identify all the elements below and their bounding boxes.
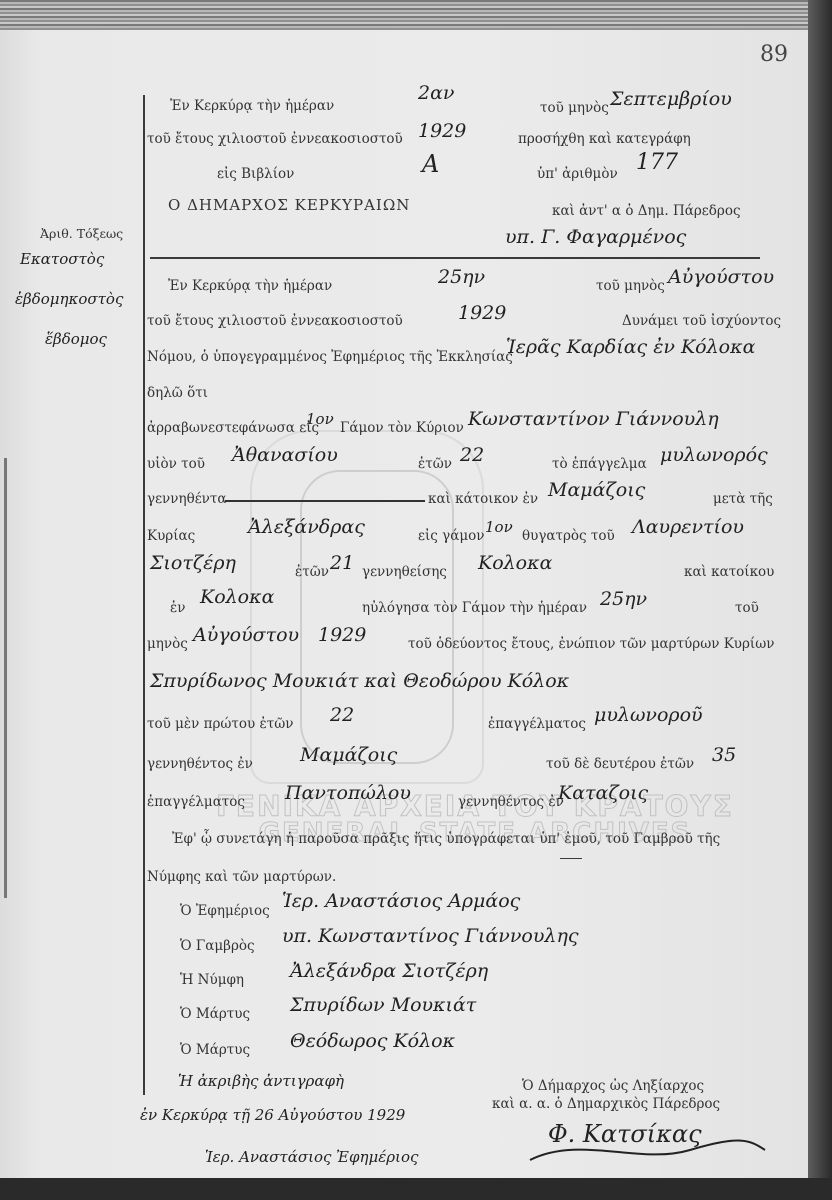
reg-date-label: Ἐν Κερκύρᾳ τὴν ἡμέραν — [170, 98, 334, 114]
with-label: μετὰ τῆς — [713, 491, 773, 507]
signature-bride: Ἀλεξάνδρα Σιοτζέρη — [290, 960, 488, 982]
wedding-year: 1929 — [318, 624, 366, 646]
wedding-month: Αὐγούστου — [193, 624, 299, 646]
act-number-word-3: ἕβδομος — [45, 330, 107, 348]
mayor-registrar-label: Ὁ Δήμαρχος ὡς Ληξίαρχος — [522, 1078, 704, 1094]
bride-name: Ἀλεξάνδρας — [248, 516, 365, 538]
church-name: Ἱερᾶς Καρδίας ἐν Κόλοκα — [506, 336, 755, 358]
book-bottom-edge — [0, 1178, 832, 1200]
groom-father: Ἀθανασίου — [232, 444, 338, 466]
son-label: υἱὸν τοῦ — [147, 456, 205, 472]
reg-year: 1929 — [418, 120, 466, 142]
bride-marriage-label: εἰς γάμον — [418, 528, 484, 544]
signature-role-bride: Ἡ Νύμφη — [180, 972, 244, 988]
signature-groom: υπ. Κωνσταντίνος Γιάννουλης — [282, 925, 578, 947]
first-witness-age-label: τοῦ μὲν πρώτου ἐτῶν — [147, 716, 293, 732]
lady-label: Κυρίας — [147, 528, 195, 544]
groom-label: Γάμον τὸν Κύριον — [340, 420, 464, 436]
reg-year-label: τοῦ ἔτους χιλιοστοῦ ἐννεακοσιοστοῦ — [147, 131, 403, 147]
body-year: 1929 — [458, 302, 506, 324]
page-number: 89 — [760, 42, 788, 67]
reg-month: Σεπτεμβρίου — [610, 88, 732, 110]
mayor-deputy-label: καὶ α. α. ὁ Δημαρχικὸς Πάρεδρος — [492, 1096, 720, 1112]
second-witness-age-label: τοῦ δὲ δευτέρου ἐτῶν — [546, 756, 694, 772]
bride-marriage-number: 1ον — [485, 518, 513, 536]
reg-book-label: εἰς Βιβλίον — [217, 166, 294, 182]
first-witness-age: 22 — [330, 704, 354, 726]
underline-mark — [560, 858, 582, 859]
first-witness-profession: μυλωνοροῦ — [594, 704, 703, 726]
law-label: Δυνάμει τοῦ ἰσχύοντος — [622, 313, 781, 329]
reg-number: 177 — [636, 150, 678, 175]
second-witness-prof-label: ἐπαγγέλματος — [147, 794, 245, 810]
reg-recorded-label: προσήχθη καὶ κατεγράφη — [518, 131, 691, 147]
declare-label: δηλῶ ὅτι — [147, 385, 208, 401]
residing-label: καὶ κάτοικον ἐν — [428, 491, 538, 507]
book-right-edge — [808, 0, 832, 1200]
groom-profession: μυλωνορός — [660, 444, 768, 466]
second-witness-age: 35 — [712, 744, 736, 766]
witnesses-names: Σπυρίδωνος Μουκιάτ καὶ Θεοδώρου Κόλοκ — [150, 670, 569, 692]
act-number-word-2: ἑβδομηκοστὸς — [15, 290, 123, 308]
signature-witness-1: Σπυρίδων Μουκιάτ — [290, 994, 476, 1016]
deputy-label: καὶ ἀντ' α ὁ Δημ. Πάρεδρος — [552, 203, 741, 219]
signature-witness-2: Θεόδωρος Κόλοκ — [290, 1030, 455, 1052]
born-label: γεννηθέντα — [147, 491, 226, 507]
groom-age-value: 22 — [460, 444, 484, 466]
bride-father: Λαυρεντίου — [632, 516, 744, 538]
bride-surname: Σιοτζέρη — [150, 552, 236, 574]
section-divider — [150, 257, 760, 259]
act-number-label: Ἀριθ. Τόξεως — [40, 226, 123, 241]
first-witness-prof-label: ἐπαγγέλματος — [488, 716, 586, 732]
second-witness-born-label: γεννηθέντος ἐν — [458, 794, 564, 810]
second-witness-profession: Παντοπώλου — [285, 782, 411, 804]
bride-residence-label: καὶ κατοίκου — [684, 564, 774, 580]
book-top-edge — [0, 0, 832, 30]
margin-bracket — [4, 458, 7, 898]
bride-born-label: γεννηθείσης — [362, 564, 447, 580]
copy-note-line-1: Ἡ ἀκριβὴς ἀντιγραφὴ — [178, 1072, 344, 1090]
reg-number-label: ὑπ' ἀριθμὸν — [537, 166, 618, 182]
wedding-month-label: μηνὸς — [147, 636, 188, 652]
second-witness-birthplace: Καταζοις — [558, 782, 648, 804]
closing-line-1: Ἐφ' ᾧ συνετάγη ἡ παροῦσα πρᾶξις ἥτις ὑπο… — [172, 831, 720, 847]
bride-age: 21 — [330, 552, 354, 574]
profession-label: τὸ ἐπάγγελμα — [552, 456, 647, 472]
deputy-signature: υπ. Γ. Φαγαρμένος — [505, 226, 686, 248]
body-date-label: Ἐν Κερκύρᾳ τὴν ἡμέραν — [168, 278, 332, 294]
copy-note-line-2: ἐν Κερκύρᾳ τῇ 26 Αὐγούστου 1929 — [140, 1106, 405, 1124]
act-number-word-1: Εκατοστὸς — [20, 250, 104, 268]
groom-name: Κωνσταντίνον Γιάννουλη — [468, 408, 719, 430]
signature-priest: Ἱερ. Αναστάσιος Αρμάος — [282, 890, 520, 912]
closing-line-2: Νύμφης καὶ τῶν μαρτύρων. — [147, 869, 336, 885]
body-year-label: τοῦ ἔτους χιλιοστοῦ ἐννεακοσιοστοῦ — [147, 313, 403, 329]
priest-label: Νόμου, ὁ ὑπογεγραμμένος Ἐφημέριος τῆς Ἐκ… — [147, 349, 513, 365]
body-day: 25ην — [438, 266, 485, 288]
signature-role-witness-2: Ὁ Μάρτυς — [180, 1042, 250, 1058]
groom-residence: Μαμάζοις — [548, 479, 645, 501]
first-witness-birthplace: Μαμάζοις — [300, 744, 397, 766]
witnesses-label: τοῦ ὁδεύοντος ἔτους, ἐνώπιον τῶν μαρτύρω… — [408, 636, 774, 652]
reg-day: 2αν — [418, 82, 454, 104]
reg-month-label: τοῦ μηνὸς — [540, 100, 609, 116]
signature-role-groom: Ὁ Γαμβρὸς — [180, 938, 255, 954]
wed-label: ἀρραβωνεστεφάνωσα εἰς — [147, 420, 319, 436]
signature-flourish-icon — [520, 1130, 770, 1170]
blessed-label: ηὐλόγησα τὸν Γάμον τὴν ἡμέραν — [362, 600, 587, 616]
bride-age-label: ἐτῶν — [295, 564, 329, 580]
copy-note-line-3: Ἱερ. Αναστάσιος Ἐφημέριος — [205, 1148, 418, 1166]
mayor-title: Ο ΔΗΜΑΡΧΟΣ ΚΕΡΚΥΡΑΙΩΝ — [168, 196, 410, 214]
groom-age-label: ἐτῶν — [418, 456, 452, 472]
signature-role-priest: Ὁ Ἐφημέριος — [180, 903, 270, 919]
bride-birthplace: Κολοκα — [478, 552, 552, 574]
body-month: Αὐγούστου — [668, 266, 774, 288]
daughter-label: θυγατρὸς τοῦ — [522, 528, 615, 544]
in-label: ἐν — [170, 600, 185, 616]
signature-role-witness-1: Ὁ Μάρτυς — [180, 1006, 250, 1022]
reg-book: Α — [422, 150, 439, 178]
left-margin-rule — [143, 95, 145, 1095]
blank-birthplace-line — [225, 500, 425, 502]
wedding-day: 25ην — [600, 588, 647, 610]
bride-residence: Κολοκα — [200, 586, 274, 608]
of-label: τοῦ — [735, 600, 759, 616]
body-month-label: τοῦ μηνὸς — [596, 278, 665, 294]
first-witness-born-label: γεννηθέντος ἐν — [147, 756, 253, 772]
marriage-number: 1ον — [306, 410, 334, 428]
archive-logo-watermark-inner — [300, 470, 454, 764]
